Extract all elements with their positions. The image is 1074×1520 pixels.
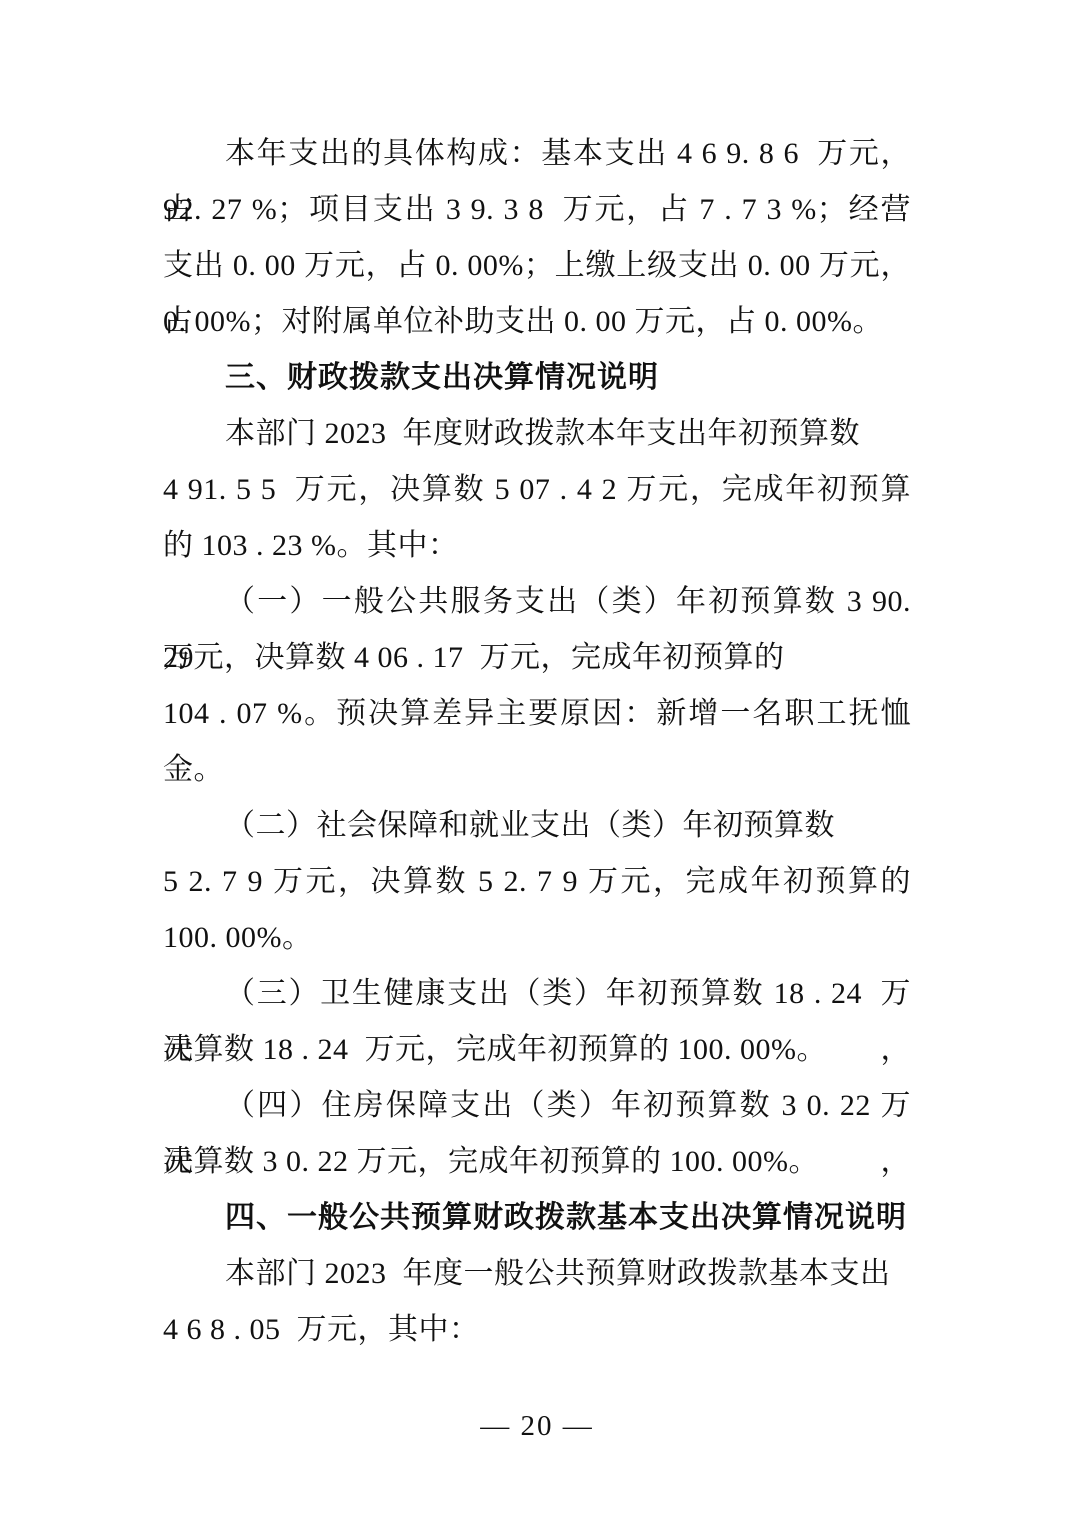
body-line: 本部门 2023 年度财政拨款本年支出年初预算数 [163,406,911,462]
body-line: （一）一般公共服务支出（类）年初预算数 3 90. 29 [163,574,911,630]
body-line: 92. 27 %；项目支出 3 9. 3 8 万元，占 7 . 7 3 %；经营 [163,182,911,238]
body-line: 的 103 . 23 %。其中： [163,518,911,574]
page-number: — 20 — [0,1406,1074,1446]
body-line: 4 91. 5 5 万元，决算数 5 07 . 4 2 万元，完成年初预算 [163,462,911,518]
body-line: 支出 0. 00 万元，占 0. 00%；上缴上级支出 0. 00 万元，占 [163,238,911,294]
body-line: （三）卫生健康支出（类）年初预算数 18 . 24 万元， [163,966,911,1022]
document-page: 本年支出的具体构成：基本支出 4 6 9. 8 6 万元，占 92. 27 %；… [0,0,1074,1520]
body-line: 100. 00%。 [163,910,911,966]
body-line: 决算数 18 . 24 万元，完成年初预算的 100. 00%。 [163,1022,911,1078]
body-line: 5 2. 7 9 万元，决算数 5 2. 7 9 万元，完成年初预算的 [163,854,911,910]
section-heading-3: 三、财政拨款支出决算情况说明 [163,350,911,406]
body-line: 本部门 2023 年度一般公共预算财政拨款基本支出 [163,1246,911,1302]
body-line: 决算数 3 0. 22 万元，完成年初预算的 100. 00%。 [163,1134,911,1190]
text-block: 本年支出的具体构成：基本支出 4 6 9. 8 6 万元，占 92. 27 %；… [163,126,911,1358]
body-line: 万元，决算数 4 06 . 17 万元，完成年初预算的 [163,630,911,686]
body-line: 金。 [163,742,911,798]
body-line: 4 6 8 . 05 万元，其中： [163,1302,911,1358]
body-line: 本年支出的具体构成：基本支出 4 6 9. 8 6 万元，占 [163,126,911,182]
body-line: 104 . 07 %。预决算差异主要原因：新增一名职工抚恤 [163,686,911,742]
section-heading-4: 四、一般公共预算财政拨款基本支出决算情况说明 [163,1190,911,1246]
body-line: 0. 00%；对附属单位补助支出 0. 00 万元，占 0. 00%。 [163,294,911,350]
body-line: （二）社会保障和就业支出（类）年初预算数 [163,798,911,854]
body-line: （四）住房保障支出（类）年初预算数 3 0. 22 万元， [163,1078,911,1134]
